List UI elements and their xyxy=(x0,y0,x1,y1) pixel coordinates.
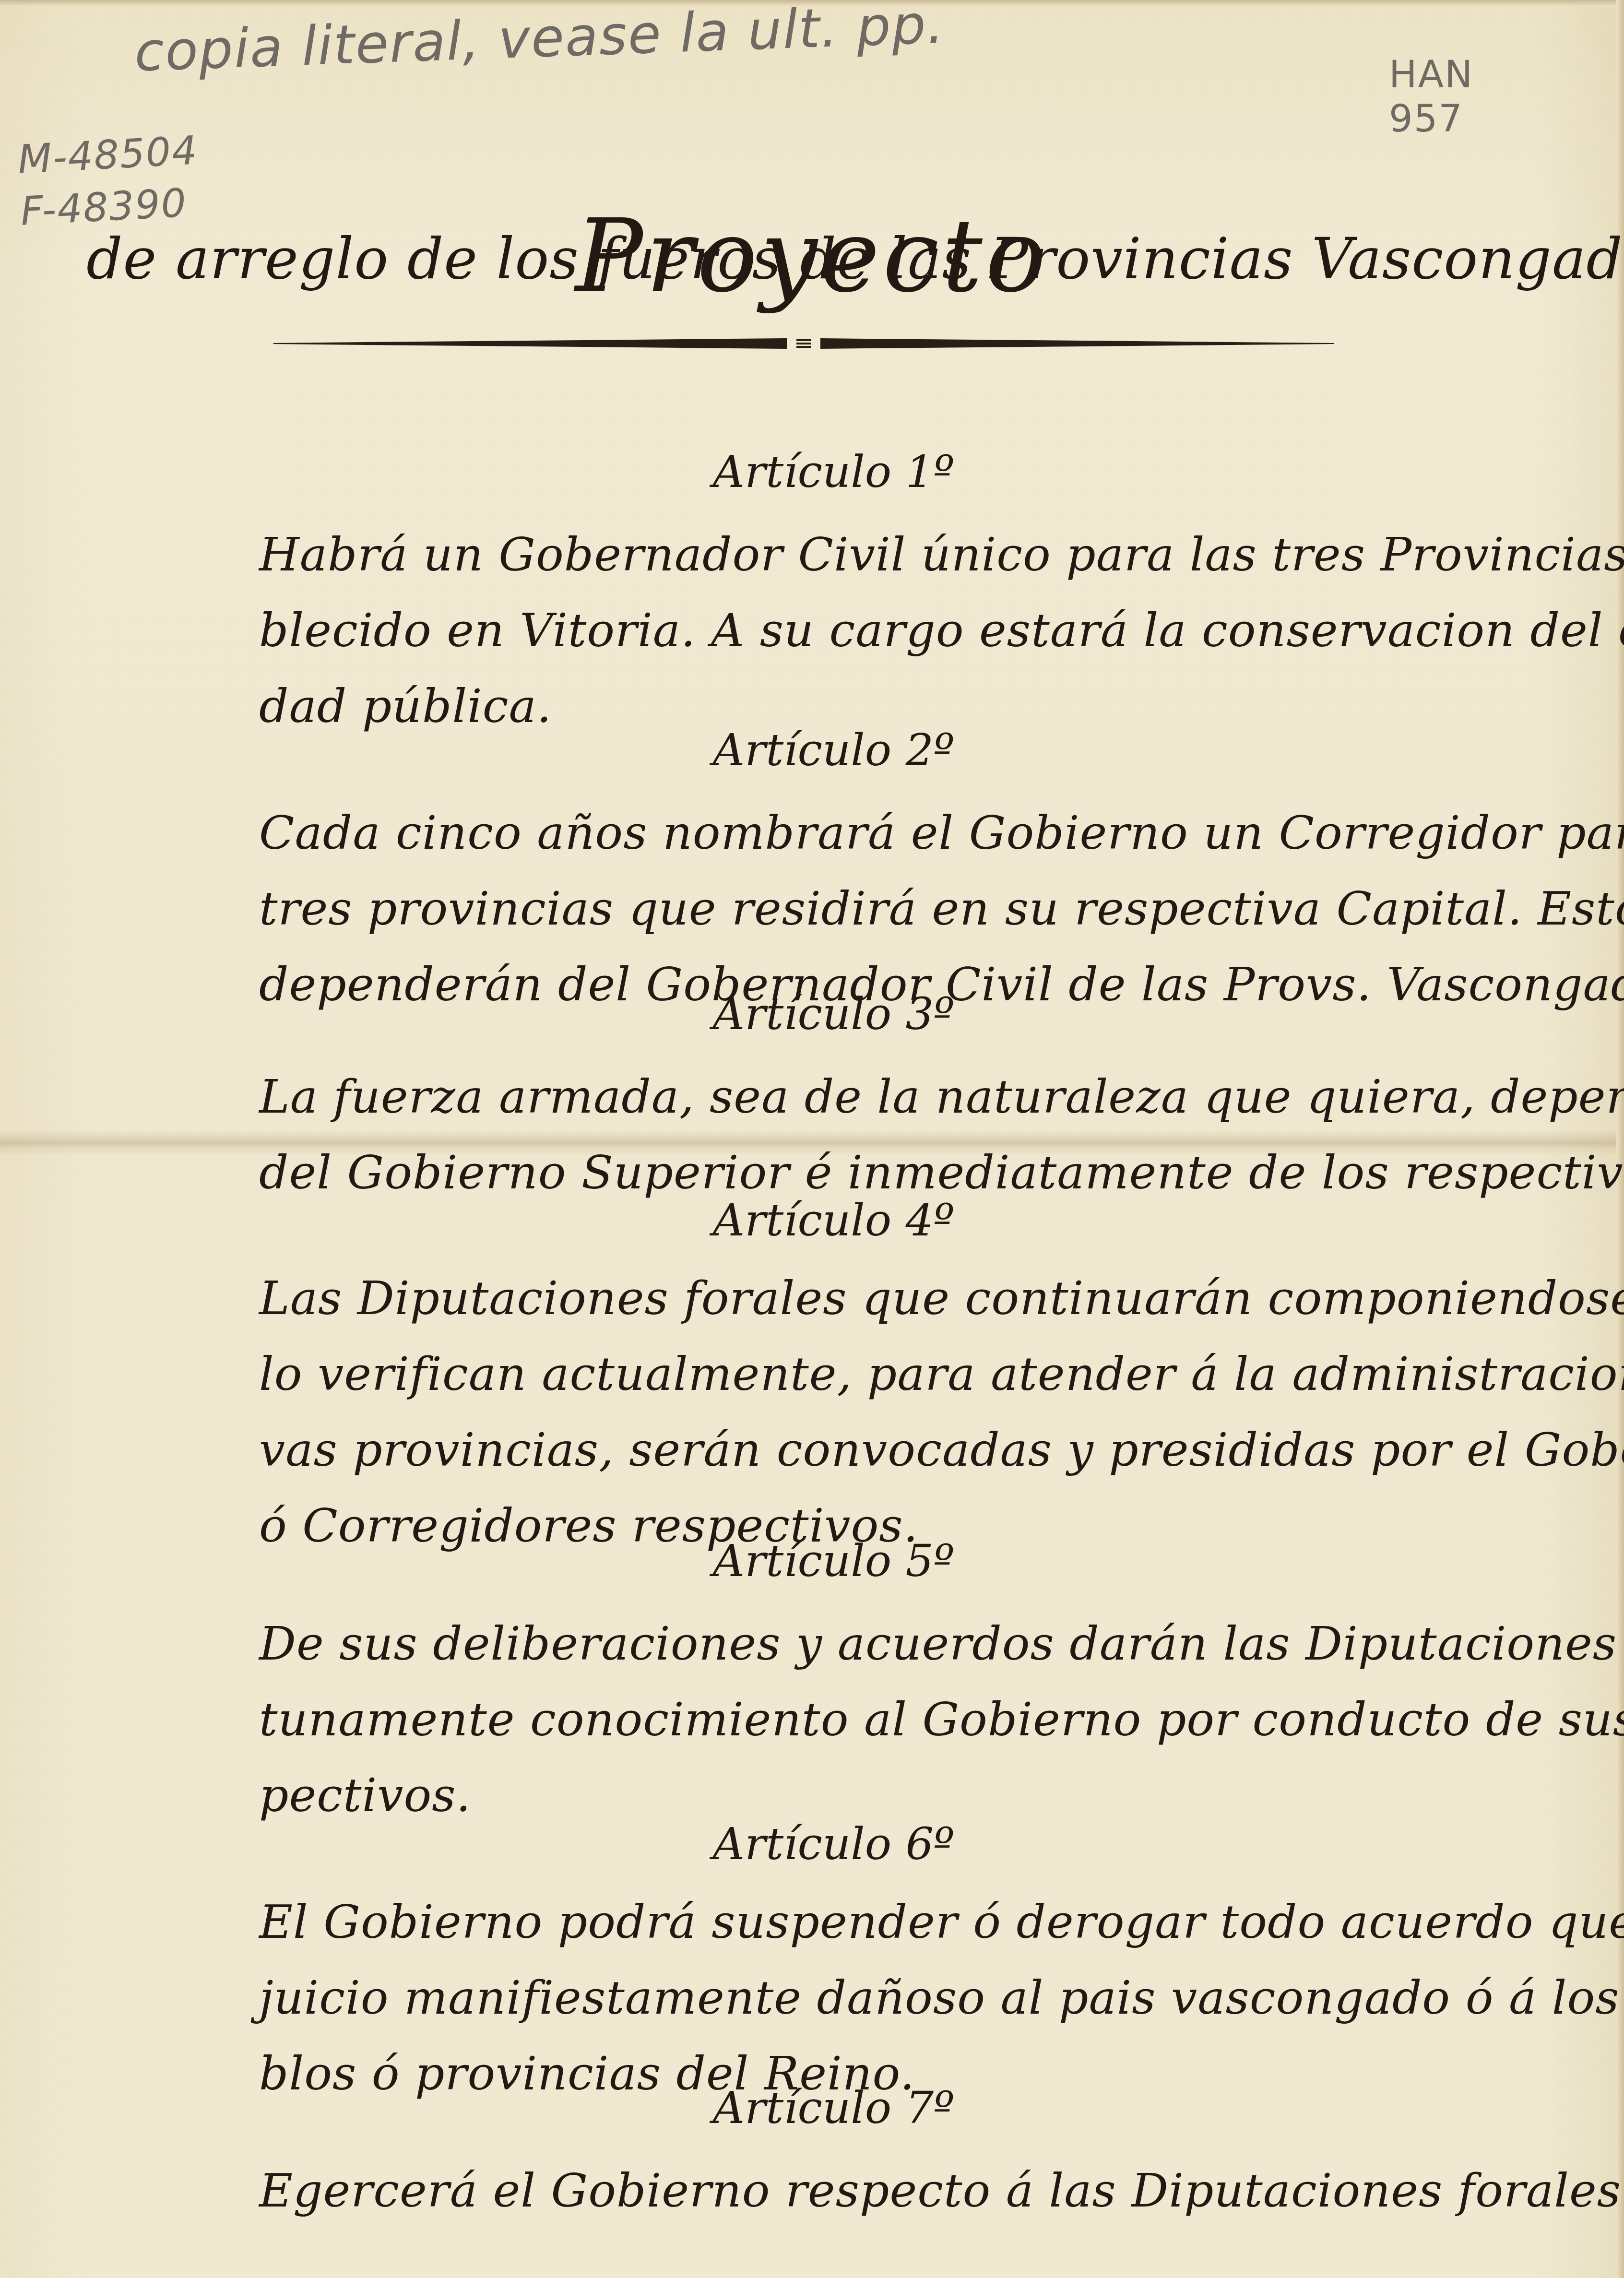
article-heading: Artículo 5º xyxy=(67,1535,1600,1587)
catalog-id: 957 xyxy=(1389,97,1473,141)
text-line: Egercerá el Gobierno respecto á las Dipu… xyxy=(259,2153,1600,2229)
article-heading: Artículo 7º xyxy=(67,2082,1600,2134)
catalog-number: HAN 957 xyxy=(1389,53,1473,141)
text-line: blecido en Vitoria. A su cargo estará la… xyxy=(259,593,1600,668)
text-line: Habrá un Gobernador Civil único para las… xyxy=(259,517,1600,593)
text-line: Cada cinco años nombrará el Gobierno un … xyxy=(259,795,1600,871)
text-line: juicio manifiestamente dañoso al pais va… xyxy=(259,1960,1600,2036)
article-body: El Gobierno podrá suspender ó derogar to… xyxy=(259,1884,1600,2112)
article-7: Artículo 7º Egercerá el Gobierno respect… xyxy=(259,2082,1600,2229)
article-1: Artículo 1º Habrá un Gobernador Civil ún… xyxy=(259,446,1600,744)
article-4: Artículo 4º Las Diputaciones forales que… xyxy=(259,1195,1600,1564)
article-6: Artículo 6º El Gobierno podrá suspender … xyxy=(259,1818,1600,2112)
text-line: vas provincias, serán convocadas y presi… xyxy=(259,1412,1600,1488)
ornamental-rule xyxy=(273,338,1334,349)
article-body: Egercerá el Gobierno respecto á las Dipu… xyxy=(259,2153,1600,2229)
article-heading: Artículo 1º xyxy=(67,446,1600,498)
text-line: Las Diputaciones forales que continuarán… xyxy=(259,1260,1600,1336)
text-line: De sus deliberaciones y acuerdos darán l… xyxy=(259,1606,1600,1682)
rule-center-ornament xyxy=(796,339,811,348)
text-line: La fuerza armada, sea de la naturaleza q… xyxy=(259,1059,1600,1135)
text-line: lo verifican actualmente, para atender á… xyxy=(259,1336,1600,1412)
article-3: Artículo 3º La fuerza armada, sea de la … xyxy=(259,988,1600,1210)
rule-left-taper xyxy=(273,338,787,349)
text-line: tres provincias que residirá en su respe… xyxy=(259,871,1600,947)
text-line: tunamente conocimiento al Gobierno por c… xyxy=(259,1682,1600,1757)
article-heading: Artículo 6º xyxy=(67,1818,1600,1870)
article-heading: Artículo 4º xyxy=(67,1195,1600,1246)
article-body: De sus deliberaciones y acuerdos darán l… xyxy=(259,1606,1600,1833)
article-2: Artículo 2º Cada cinco años nombrará el … xyxy=(259,724,1600,1022)
catalog-prefix: HAN xyxy=(1389,53,1473,97)
article-heading: Artículo 3º xyxy=(67,988,1600,1040)
article-heading: Artículo 2º xyxy=(67,724,1600,776)
text-line: El Gobierno podrá suspender ó derogar to… xyxy=(259,1884,1600,1960)
article-body: La fuerza armada, sea de la naturaleza q… xyxy=(259,1059,1600,1210)
document-subtitle: de arreglo de los fueros de las Provinci… xyxy=(86,225,1562,292)
article-body: Habrá un Gobernador Civil único para las… xyxy=(259,517,1600,744)
article-body: Las Diputaciones forales que continuarán… xyxy=(259,1260,1600,1564)
article-5: Artículo 5º De sus deliberaciones y acue… xyxy=(259,1535,1600,1833)
reference-code: M-48504 xyxy=(17,125,199,186)
rule-right-taper xyxy=(820,338,1334,349)
